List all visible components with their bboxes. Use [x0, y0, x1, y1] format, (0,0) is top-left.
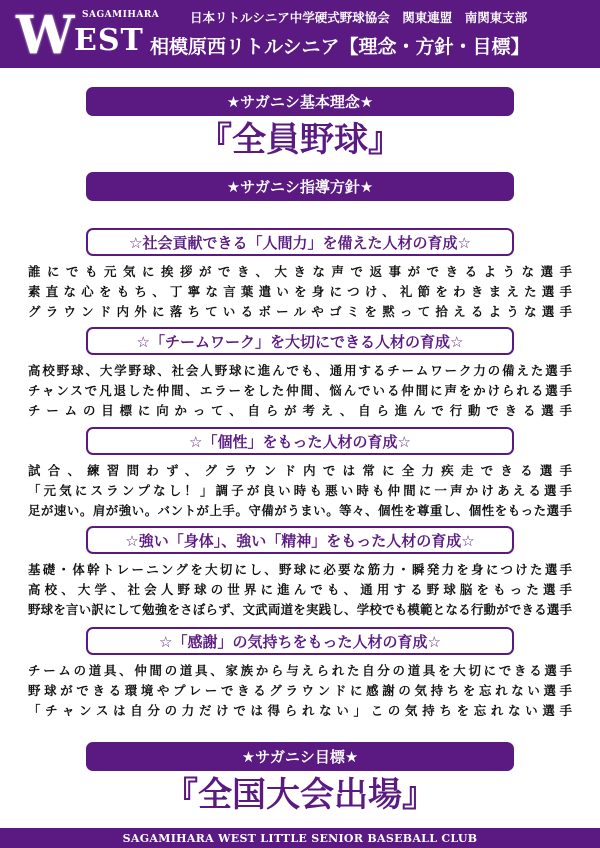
section-lines-individuality: 試合、練習問わず、グラウンド内では常に全力疾走できる選手 「元気にスランプなし！…: [28, 461, 572, 521]
guideline-line: チャンスで凡退した仲間、エラーをした仲間、悩んでいる仲間に声をかけられる選手: [28, 381, 572, 401]
goal-label: ★サガニシ目標★: [86, 742, 514, 771]
guideline-line: 「チャンスは自分の力だけでは得られない」この気持ちを忘れない選手: [28, 701, 572, 721]
association-subtitle: 日本リトルシニア中学硬式野球協会 関東連盟 南関東支部: [190, 8, 590, 26]
section-lines-teamwork: 高校野球、大学野球、社会人野球に進んでも、通用するチームワーク力の備えた選手 チ…: [28, 361, 572, 421]
page-title: 相模原西リトルシニア【理念・方針・目標】: [150, 32, 595, 59]
guideline-line: グラウンド内外に落ちているボールやゴミを黙って拾えるような選手: [28, 302, 572, 322]
footer-banner: SAGAMIHARA WEST LITTLE SENIOR BASEBALL C…: [0, 828, 600, 848]
guideline-line: 野球を言い訳にして勉強をさぼらず、文武両道を実践し、学校でも模範となる行動ができ…: [28, 600, 572, 620]
section-title-body-mind: ☆強い「身体」、強い「精神」をもった人材の育成☆: [86, 526, 514, 554]
guideline-line: 高校、大学、社会人野球の世界に進んでも、通用する野球脳をもった選手: [28, 580, 572, 600]
section-title-teamwork: ☆「チームワーク」を大切にできる人材の育成☆: [86, 327, 514, 355]
section-lines-humanity: 誰にでも元気に挨拶ができ、大きな声で返事ができるような選手 素直な心をもち、丁寧…: [28, 262, 572, 322]
logo-sagamihara-text: SAGAMIHARA: [82, 10, 159, 20]
footer-club-name: SAGAMIHARA WEST LITTLE SENIOR BASEBALL C…: [123, 832, 478, 845]
section-lines-gratitude: チームの道具、仲間の道具、家族から与えられた自分の道具を大切にできる選手 野球が…: [28, 661, 572, 721]
logo-letter-w: W: [16, 8, 72, 64]
header-banner: W SAGAMIHARA EST 日本リトルシニア中学硬式野球協会 関東連盟 南…: [0, 0, 600, 68]
guideline-line: 素直な心をもち、丁寧な言葉遣いを身につけ、礼節をわきまえた選手: [28, 282, 572, 302]
guideline-line: 基礎・体幹トレーニングを大切にし、野球に必要な筋力・瞬発力を身につけた選手: [28, 560, 572, 580]
section-lines-body-mind: 基礎・体幹トレーニングを大切にし、野球に必要な筋力・瞬発力を身につけた選手 高校…: [28, 560, 572, 620]
guideline-line: チームの道具、仲間の道具、家族から与えられた自分の道具を大切にできる選手: [28, 661, 572, 681]
guideline-line: 野球ができる環境やプレーできるグラウンドに感謝の気持ちを忘れない選手: [28, 681, 572, 701]
guideline-line: 誰にでも元気に挨拶ができ、大きな声で返事ができるような選手: [28, 262, 572, 282]
goal-slogan: 『全国大会出場』: [0, 773, 600, 817]
guideline-line: 高校野球、大学野球、社会人野球に進んでも、通用するチームワーク力の備えた選手: [28, 361, 572, 381]
section-title-humanity: ☆社会貢献できる「人間力」を備えた人材の育成☆: [86, 228, 514, 256]
philosophy-label: ★サガニシ基本理念★: [86, 87, 514, 116]
philosophy-slogan: 『全員野球』: [0, 118, 600, 162]
guideline-line: チームの目標に向かって、自らが考え、自ら進んで行動できる選手: [28, 401, 572, 421]
guideline-line: 「元気にスランプなし！」調子が良い時も悪い時も仲間に一声かけあえる選手: [28, 481, 572, 501]
logo-letters-est: EST: [74, 24, 144, 58]
section-title-individuality: ☆「個性」をもった人材の育成☆: [86, 427, 514, 455]
section-title-gratitude: ☆「感謝」の気持ちをもった人材の育成☆: [86, 627, 514, 655]
team-logo: W SAGAMIHARA EST: [14, 6, 144, 64]
guideline-line: 試合、練習問わず、グラウンド内では常に全力疾走できる選手: [28, 461, 572, 481]
guideline-line: 足が速い。肩が強い。バントが上手。守備がうまい。等々、個性を尊重し、個性をもった…: [28, 501, 572, 521]
guidelines-label: ★サガニシ指導方針★: [86, 172, 514, 201]
